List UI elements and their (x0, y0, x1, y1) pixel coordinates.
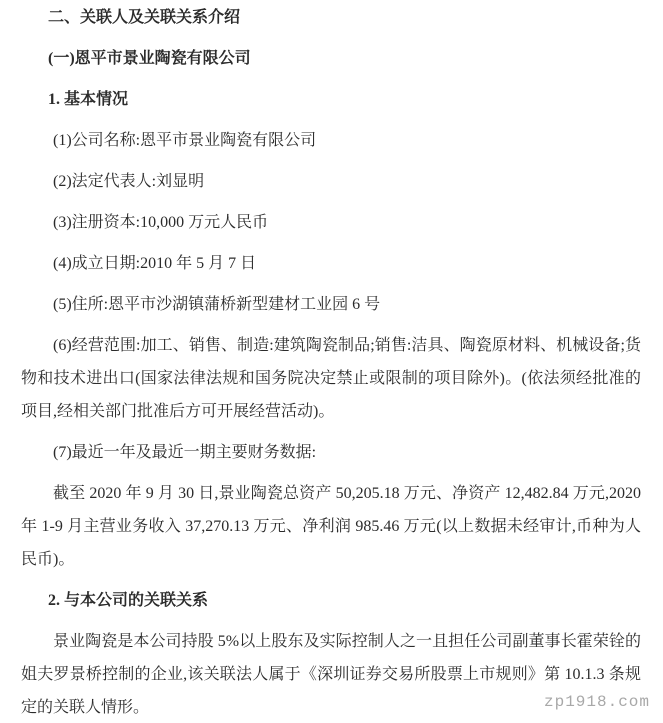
item-address: (5)住所:恩平市沙湖镇蒲桥新型建材工业园 6 号 (21, 288, 641, 321)
item-business-scope: (6)经营范围:加工、销售、制造:建筑陶瓷制品;销售:洁具、陶瓷原材料、机械设备… (21, 329, 641, 428)
company-heading: (一)恩平市景业陶瓷有限公司 (21, 42, 641, 75)
document-page: 二、关联人及关联关系介绍 (一)恩平市景业陶瓷有限公司 1. 基本情况 (1)公… (0, 0, 663, 723)
basic-info-heading: 1. 基本情况 (21, 83, 641, 116)
relationship-heading: 2. 与本公司的关联关系 (21, 584, 641, 617)
item-financial-data-label: (7)最近一年及最近一期主要财务数据: (21, 436, 641, 469)
financials-paragraph: 截至 2020 年 9 月 30 日,景业陶瓷总资产 50,205.18 万元、… (21, 477, 641, 576)
section-heading: 二、关联人及关联关系介绍 (21, 1, 641, 34)
item-legal-representative: (2)法定代表人:刘显明 (21, 165, 641, 198)
site-watermark: zp1918.com (544, 693, 650, 711)
item-registered-capital: (3)注册资本:10,000 万元人民币 (21, 206, 641, 239)
item-establishment-date: (4)成立日期:2010 年 5 月 7 日 (21, 247, 641, 280)
item-company-name: (1)公司名称:恩平市景业陶瓷有限公司 (21, 124, 641, 157)
